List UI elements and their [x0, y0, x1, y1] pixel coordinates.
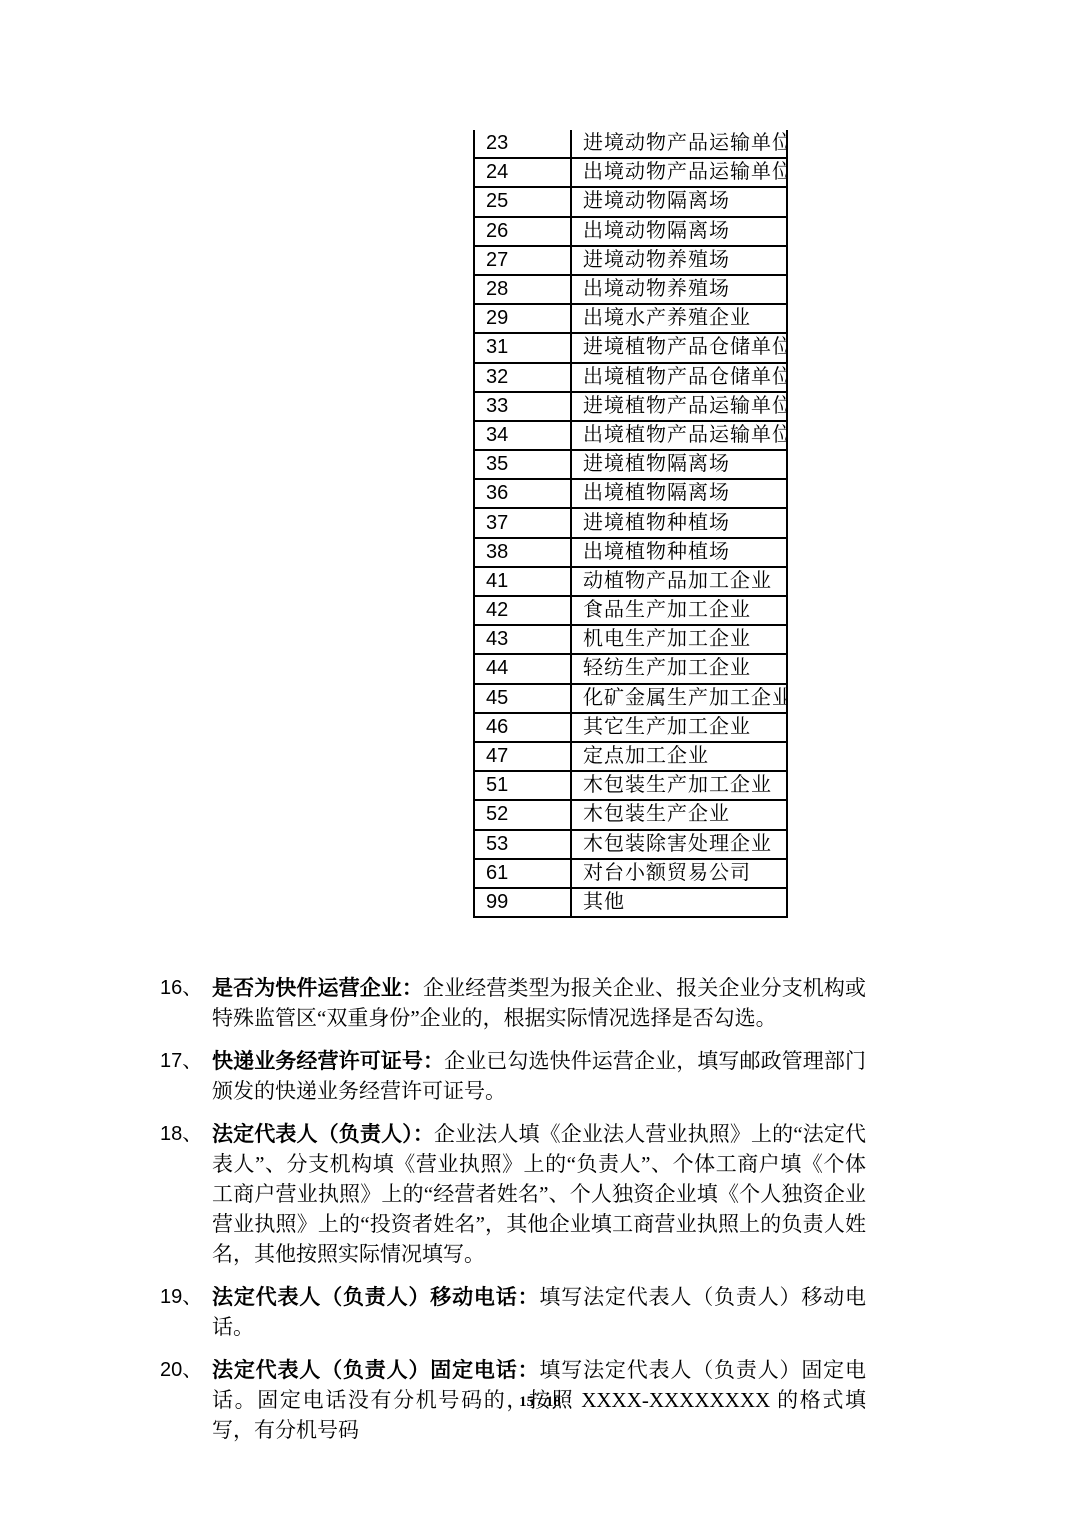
name-cell: 进境植物隔离场 — [571, 450, 787, 479]
name-cell: 出境植物产品运输单位 — [571, 421, 787, 450]
instruction-item: 19、法定代表人（负责人）移动电话：填写法定代表人（负责人）移动电话。 — [160, 1282, 866, 1342]
name-cell: 木包装生产加工企业 — [571, 771, 787, 800]
table-row: 43机电生产加工企业 — [474, 625, 787, 654]
table-row: 51木包装生产加工企业 — [474, 771, 787, 800]
table-row: 61对台小额贸易公司 — [474, 859, 787, 888]
name-cell: 其它生产加工企业 — [571, 713, 787, 742]
instruction-item: 18、法定代表人（负责人）：企业法人填《企业法人营业执照》上的“法定代表人”、分… — [160, 1119, 866, 1269]
table-row: 41动植物产品加工企业 — [474, 567, 787, 596]
table-row: 38出境植物种植场 — [474, 538, 787, 567]
table-row: 37进境植物种植场 — [474, 508, 787, 537]
code-cell: 37 — [474, 508, 571, 537]
code-cell: 44 — [474, 654, 571, 683]
code-cell: 23 — [474, 130, 571, 158]
table-row: 25进境动物隔离场 — [474, 187, 787, 216]
table-row: 34出境植物产品运输单位 — [474, 421, 787, 450]
name-cell: 轻纺生产加工企业 — [571, 654, 787, 683]
table-row: 28出境动物养殖场 — [474, 275, 787, 304]
code-cell: 99 — [474, 888, 571, 917]
item-text: 法定代表人（负责人）移动电话：填写法定代表人（负责人）移动电话。 — [212, 1282, 866, 1342]
name-cell: 出境植物产品仓储单位 — [571, 363, 787, 392]
code-cell: 52 — [474, 800, 571, 829]
name-cell: 其他 — [571, 888, 787, 917]
item-title: 法定代表人（负责人）固定电话： — [212, 1358, 539, 1382]
enterprise-type-code-table: 23进境动物产品运输单位24出境动物产品运输单位25进境动物隔离场26出境动物隔… — [473, 130, 788, 918]
code-cell: 33 — [474, 392, 571, 421]
code-cell: 47 — [474, 742, 571, 771]
table-row: 44轻纺生产加工企业 — [474, 654, 787, 683]
name-cell: 化矿金属生产加工企业 — [571, 684, 787, 713]
code-cell: 25 — [474, 187, 571, 216]
code-cell: 38 — [474, 538, 571, 567]
item-number: 17、 — [160, 1046, 212, 1076]
item-title: 是否为快件运营企业： — [212, 976, 423, 1000]
code-cell: 41 — [474, 567, 571, 596]
item-title: 法定代表人（负责人）移动电话： — [212, 1285, 539, 1309]
name-cell: 出境动物养殖场 — [571, 275, 787, 304]
name-cell: 进境植物产品仓储单位 — [571, 333, 787, 362]
table-row: 26出境动物隔离场 — [474, 217, 787, 246]
table-row: 52木包装生产企业 — [474, 800, 787, 829]
name-cell: 进境植物种植场 — [571, 508, 787, 537]
name-cell: 木包装除害处理企业 — [571, 830, 787, 859]
code-cell: 24 — [474, 158, 571, 187]
code-cell: 31 — [474, 333, 571, 362]
table-row: 99其他 — [474, 888, 787, 917]
code-cell: 27 — [474, 246, 571, 275]
code-cell: 29 — [474, 304, 571, 333]
code-table-body: 23进境动物产品运输单位24出境动物产品运输单位25进境动物隔离场26出境动物隔… — [474, 130, 787, 917]
code-cell: 45 — [474, 684, 571, 713]
name-cell: 进境动物产品运输单位 — [571, 130, 787, 158]
code-cell: 26 — [474, 217, 571, 246]
item-number: 16、 — [160, 973, 212, 1003]
table-row: 35进境植物隔离场 — [474, 450, 787, 479]
code-cell: 32 — [474, 363, 571, 392]
table-row: 42食品生产加工企业 — [474, 596, 787, 625]
code-cell: 53 — [474, 830, 571, 859]
table-row: 24出境动物产品运输单位 — [474, 158, 787, 187]
name-cell: 出境植物隔离场 — [571, 479, 787, 508]
code-cell: 46 — [474, 713, 571, 742]
item-text: 是否为快件运营企业：企业经营类型为报关企业、报关企业分支机构或特殊监管区“双重身… — [212, 973, 866, 1033]
table-row: 23进境动物产品运输单位 — [474, 130, 787, 158]
table-row: 32出境植物产品仓储单位 — [474, 363, 787, 392]
name-cell: 动植物产品加工企业 — [571, 567, 787, 596]
name-cell: 食品生产加工企业 — [571, 596, 787, 625]
name-cell: 进境动物隔离场 — [571, 187, 787, 216]
name-cell: 对台小额贸易公司 — [571, 859, 787, 888]
code-cell: 28 — [474, 275, 571, 304]
code-cell: 35 — [474, 450, 571, 479]
table-row: 45化矿金属生产加工企业 — [474, 684, 787, 713]
name-cell: 机电生产加工企业 — [571, 625, 787, 654]
table-row: 46其它生产加工企业 — [474, 713, 787, 742]
code-cell: 36 — [474, 479, 571, 508]
table-row: 47定点加工企业 — [474, 742, 787, 771]
name-cell: 木包装生产企业 — [571, 800, 787, 829]
code-cell: 34 — [474, 421, 571, 450]
item-number: 20、 — [160, 1355, 212, 1385]
page-number: 15 / 18 — [0, 1394, 1080, 1411]
name-cell: 出境动物产品运输单位 — [571, 158, 787, 187]
name-cell: 定点加工企业 — [571, 742, 787, 771]
name-cell: 出境水产养殖企业 — [571, 304, 787, 333]
item-text: 快递业务经营许可证号：企业已勾选快件运营企业，填写邮政管理部门颁发的快递业务经营… — [212, 1046, 866, 1106]
table-row: 36出境植物隔离场 — [474, 479, 787, 508]
name-cell: 进境动物养殖场 — [571, 246, 787, 275]
code-cell: 43 — [474, 625, 571, 654]
code-cell: 61 — [474, 859, 571, 888]
document-page: 23进境动物产品运输单位24出境动物产品运输单位25进境动物隔离场26出境动物隔… — [0, 0, 1080, 1526]
item-number: 19、 — [160, 1282, 212, 1312]
name-cell: 出境动物隔离场 — [571, 217, 787, 246]
instruction-list: 16、是否为快件运营企业：企业经营类型为报关企业、报关企业分支机构或特殊监管区“… — [160, 973, 866, 1458]
name-cell: 出境植物种植场 — [571, 538, 787, 567]
table-row: 31进境植物产品仓储单位 — [474, 333, 787, 362]
name-cell: 进境植物产品运输单位 — [571, 392, 787, 421]
code-cell: 42 — [474, 596, 571, 625]
item-text: 法定代表人（负责人）：企业法人填《企业法人营业执照》上的“法定代表人”、分支机构… — [212, 1119, 866, 1269]
table-row: 29出境水产养殖企业 — [474, 304, 787, 333]
table-row: 33进境植物产品运输单位 — [474, 392, 787, 421]
item-title: 法定代表人（负责人）： — [212, 1122, 434, 1146]
table-row: 27进境动物养殖场 — [474, 246, 787, 275]
code-cell: 51 — [474, 771, 571, 800]
item-title: 快递业务经营许可证号： — [212, 1049, 444, 1073]
item-number: 18、 — [160, 1119, 212, 1149]
instruction-item: 17、快递业务经营许可证号：企业已勾选快件运营企业，填写邮政管理部门颁发的快递业… — [160, 1046, 866, 1106]
instruction-item: 16、是否为快件运营企业：企业经营类型为报关企业、报关企业分支机构或特殊监管区“… — [160, 973, 866, 1033]
table-row: 53木包装除害处理企业 — [474, 830, 787, 859]
